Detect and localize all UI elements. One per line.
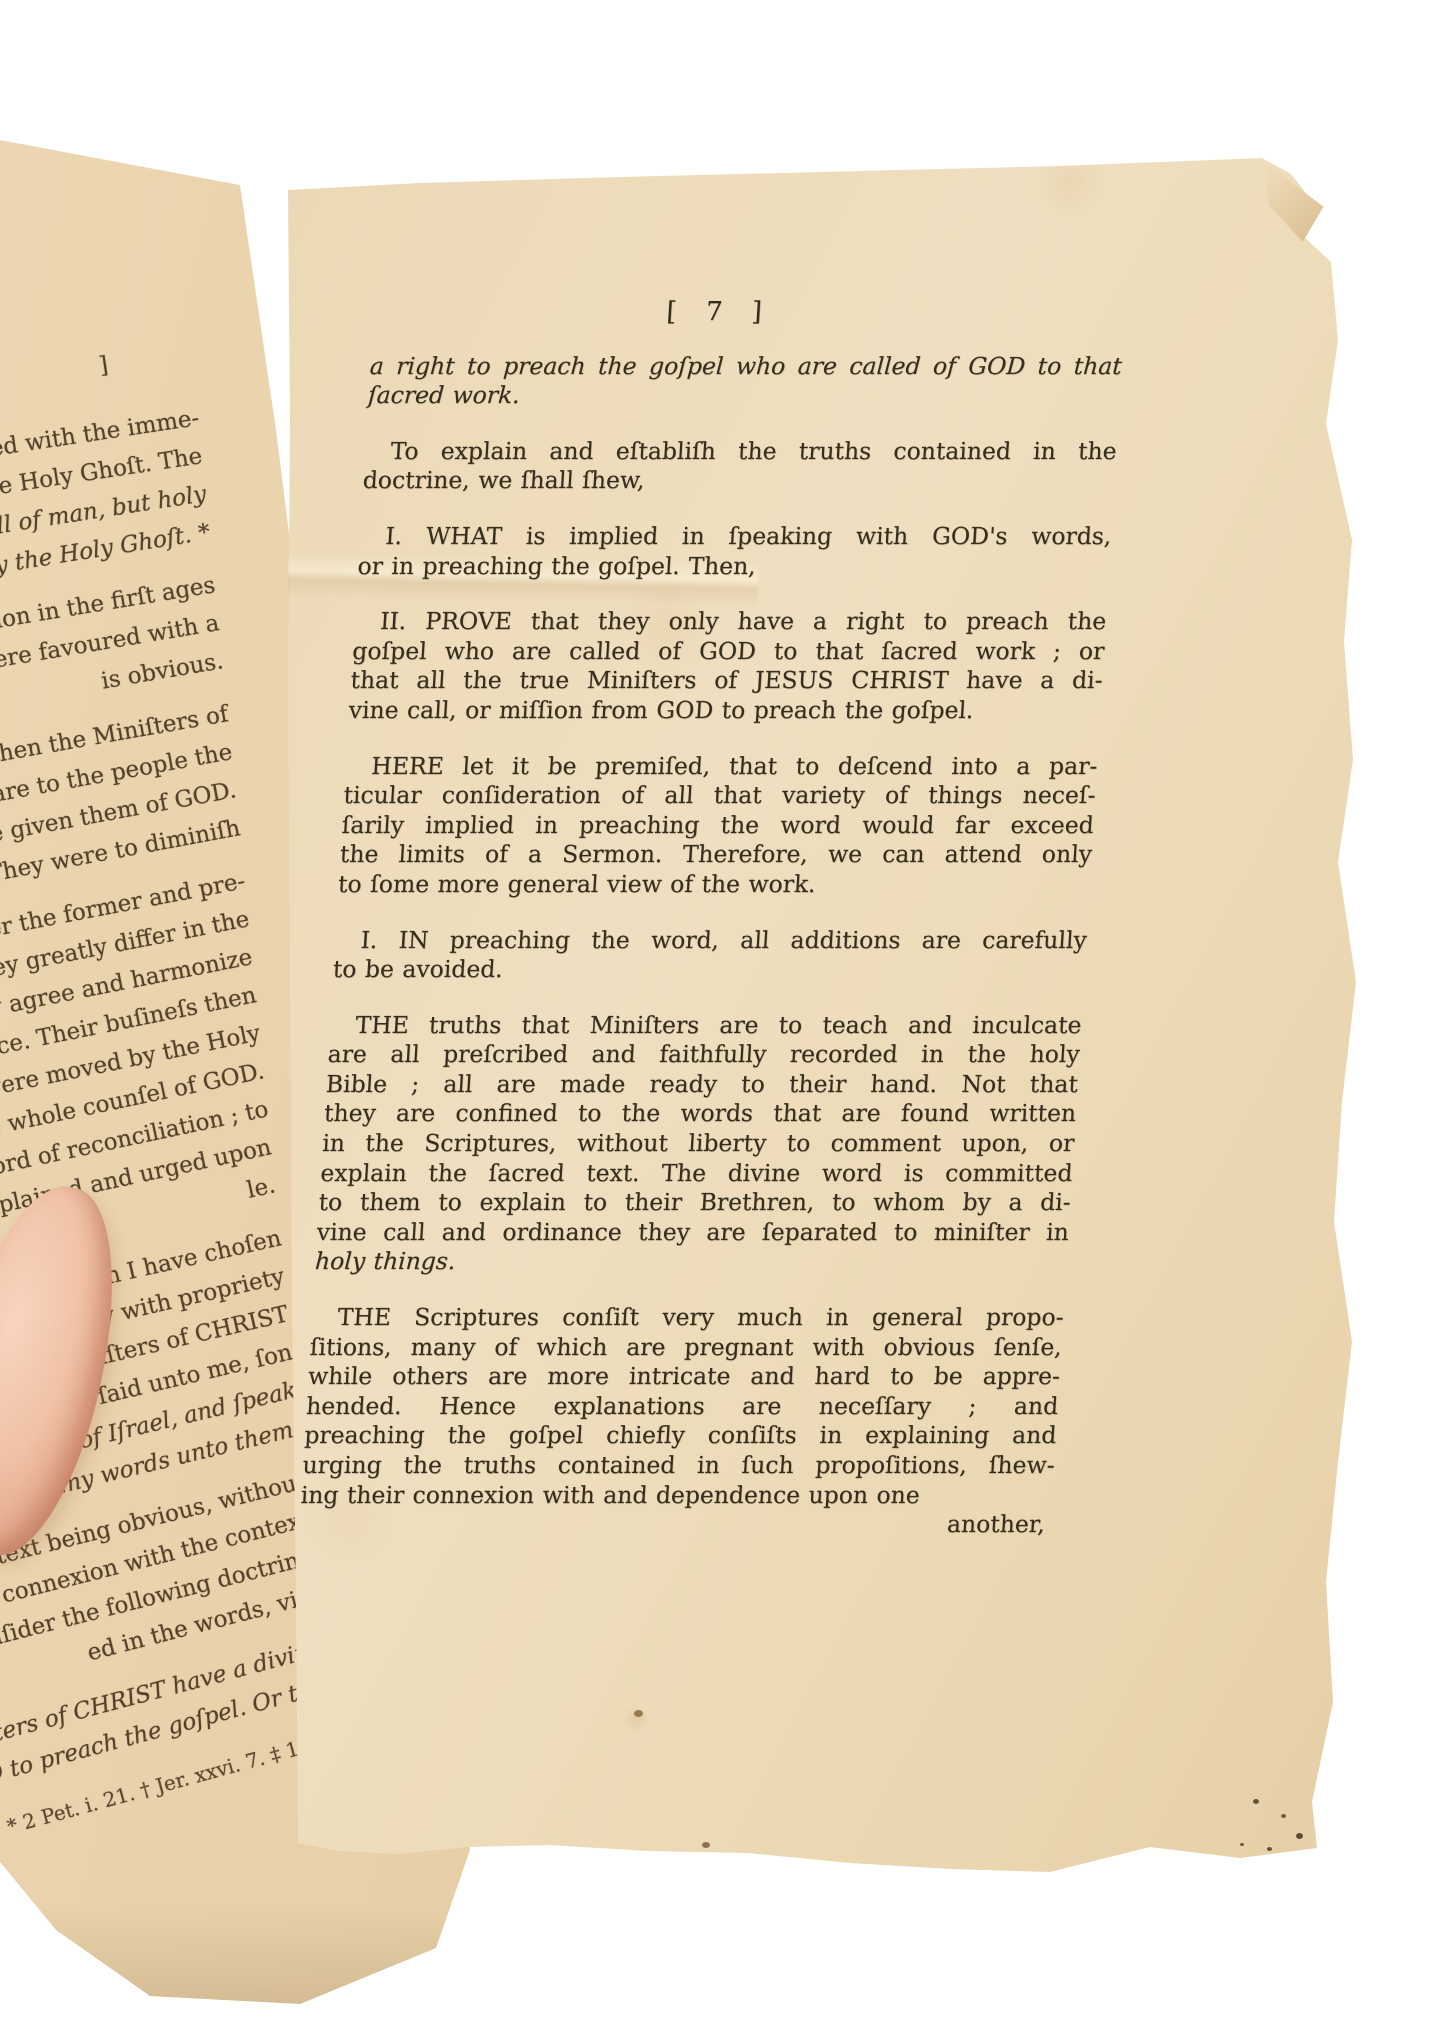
left-page-text-fragment: ] — [0, 352, 110, 469]
left-page-text-fragment: * 2 Pet. i. 21. † Jer. xxvi. 7. ‡ 1 Co — [0, 1726, 334, 1919]
left-page-text-fragment: iſters of CHRIST under the former and pr… — [0, 868, 247, 1014]
left-page-text-fragment: THE true Miniſters of CHRIST have a divi… — [0, 1635, 325, 1823]
foxing-spot — [1240, 1843, 1244, 1846]
text-line: preaching the goſpel chiefly conſiſts in… — [303, 1421, 1057, 1451]
text-line: that all the true Miniſters of JESUS CHR… — [350, 666, 1104, 696]
text-line: THE truths that Miniſters are to teach a… — [329, 1011, 1083, 1041]
text-line: while others are more intricate and hard… — [307, 1362, 1061, 1392]
left-page-text-fragment: divine inſpiration in the firſt ages — [0, 572, 217, 701]
right-page-text: [ 7 ] a right to preach the goſpel who a… — [298, 298, 1126, 1540]
page-number: [ 7 ] — [372, 298, 1066, 328]
book-photo: ]ere furniſhed with the imme-ation of th… — [0, 0, 1445, 2023]
catchword: another, — [298, 1510, 1046, 1540]
text-line: II. PROVE that they only have a right to… — [353, 607, 1107, 637]
left-page-text-fragment: miſſion from GOD to preach the goſpel. O… — [0, 1673, 329, 1863]
left-page-text-fragment: is obvious. — [0, 648, 225, 782]
text-line: to them to explain to their Brethren, to… — [318, 1188, 1072, 1218]
text-line: ticular conſideration of all that variet… — [343, 781, 1097, 811]
left-page-text-fragment: ey were moved by the Holy Ghoſt. * — [0, 519, 212, 645]
foxing-spot — [1267, 1847, 1272, 1851]
text-line: vine call, or miſſion from GOD to preach… — [348, 696, 1102, 726]
foxing-spot — [702, 1842, 710, 1848]
right-page-body: a right to preach the goſpel who are cal… — [300, 352, 1123, 1511]
text-line: urging the truths contained in ſuch prop… — [302, 1451, 1056, 1481]
text-line: HERE let it be premiſed, that to deſcend… — [344, 752, 1098, 782]
left-page-text-fragment: peak invariably as they were moved by th… — [0, 1020, 263, 1174]
text-line: they are confined to the words that are … — [323, 1099, 1077, 1129]
text-line: doctrine, we ſhall ſhew, — [362, 466, 1116, 496]
left-page-text-fragment: words unto them. They were to diminiſh — [0, 815, 242, 958]
left-page-text-fragment: nly ſuch as were given them of GOD. — [0, 777, 238, 918]
text-line: hended. Hence explanations are neceſſary… — [305, 1392, 1059, 1422]
text-line: the limits of a Sermon. Therefore, we ca… — [339, 840, 1093, 870]
text-line: explain the ſacred text. The divine word… — [320, 1159, 1074, 1189]
left-page-text-fragment: ime by the will of man, but holy — [0, 481, 208, 605]
text-line: vine call and ordinance they are ſeparat… — [316, 1218, 1070, 1248]
text-line: a right to preach the goſpel who are cal… — [369, 352, 1123, 382]
left-page-text-fragment: it is now to declare the whole counſel o… — [0, 1058, 266, 1214]
text-line: THE Scriptures conſiſt very much in gene… — [311, 1303, 1065, 1333]
text-line: ſarily implied in preaching the word wou… — [341, 811, 1095, 841]
foxing-spot — [1296, 1833, 1303, 1839]
text-line: ſitions, many of which are pregnant with… — [309, 1333, 1063, 1363]
text-line: are all preſcribed and faithfully record… — [327, 1040, 1081, 1070]
left-page-text-fragment: ere furniſhed with the imme- — [0, 405, 200, 525]
left-page-text-fragment: dering its immediate connexion with the … — [0, 1506, 312, 1687]
foxing-spot — [1253, 1799, 1259, 1804]
text-line: in the Scriptures, without liberty to co… — [321, 1129, 1075, 1159]
text-line: I. IN preaching the word, all additions … — [334, 926, 1088, 956]
left-page-text-fragment: may proceed to conſider the following do… — [0, 1544, 316, 1727]
text-line: ing their connexion with and dependence … — [300, 1481, 1054, 1511]
text-line: To explain and eſtabliſh the truths cont… — [364, 437, 1118, 467]
text-line: ſacred work. — [367, 381, 1121, 411]
left-page-text-fragment: s who were then the Miniſters of — [0, 701, 230, 838]
left-page-text-fragment: ed in the words, viz. — [0, 1582, 319, 1767]
left-page-text-fragment: tials, yet they perfectly agree and harm… — [0, 944, 255, 1094]
text-line: holy things. — [314, 1247, 1068, 1277]
text-line: to ſome more general view of the work. — [337, 870, 1091, 900]
foxing-spot — [1281, 1814, 1286, 1818]
left-page-text-fragment: in charge to declare to the people the — [0, 739, 234, 878]
left-page-text-fragment: e mankind were favoured with a — [0, 610, 221, 741]
text-line: I. WHAT is implied in ſpeaking with GOD'… — [358, 522, 1112, 552]
text-line: to be avoided. — [332, 955, 1086, 985]
foxing-spot — [634, 1710, 643, 1717]
left-page-text-fragment: ation of the Holy Ghoſt. The — [0, 443, 204, 565]
text-line: or in preaching the goſpel. Then, — [357, 552, 1111, 582]
text-line: Bible ; all are made ready to their hand… — [325, 1070, 1079, 1100]
left-page-text-fragment: entials of their office. Their buſineſs … — [0, 982, 259, 1134]
text-line: goſpel who are called of GOD to that ſac… — [351, 637, 1105, 667]
left-page-text-fragment: ſations, although they greatly differ in… — [0, 906, 251, 1054]
